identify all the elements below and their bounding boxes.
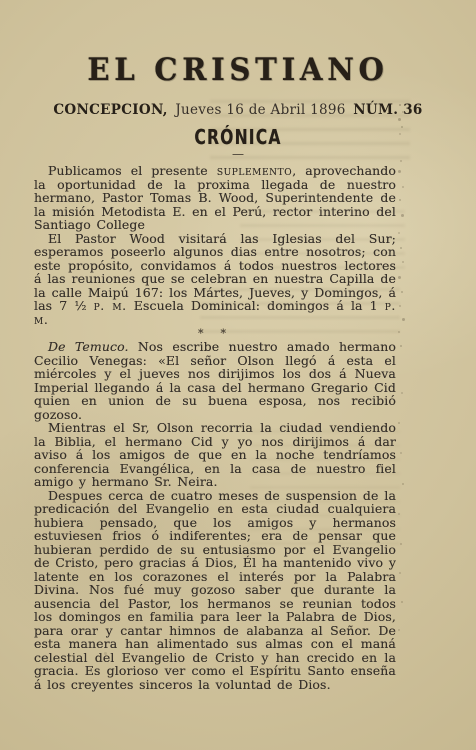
text-run: p. m. bbox=[94, 298, 127, 313]
ink-speck bbox=[398, 422, 400, 424]
ink-speck bbox=[402, 261, 404, 263]
ink-speck bbox=[398, 331, 400, 333]
ink-speck bbox=[398, 513, 400, 515]
ink-speck bbox=[400, 345, 402, 347]
ink-speck bbox=[401, 392, 403, 394]
ink-speck bbox=[401, 214, 404, 217]
section-separator: * * bbox=[34, 329, 396, 338]
ink-speck bbox=[401, 601, 403, 603]
dateline-city: CONCEPCION, bbox=[53, 102, 167, 118]
ink-speck bbox=[399, 199, 401, 201]
newspaper-page: EL CRISTIANO CONCEPCION, Jueves 16 de Ab… bbox=[0, 0, 476, 750]
ink-speck bbox=[402, 483, 404, 485]
paragraph: El Pastor Wood visitará las Iglesias del… bbox=[34, 232, 396, 327]
ink-speck bbox=[400, 247, 402, 249]
text-run: Despues cerca de cuatro meses de suspens… bbox=[34, 488, 396, 692]
ink-speck bbox=[399, 305, 401, 307]
ink-speck bbox=[398, 232, 400, 234]
dateline: CONCEPCION, Jueves 16 de Abril 1896 NÚM.… bbox=[0, 102, 476, 119]
dateline-number: NÚM. 36 bbox=[353, 102, 422, 118]
ink-speck bbox=[398, 276, 401, 279]
ink-speck bbox=[399, 572, 401, 574]
masthead-title: EL CRISTIANO bbox=[14, 50, 461, 90]
section-ornament: — bbox=[0, 150, 476, 159]
article-body: Publicamos el presente suplemento, aprov… bbox=[34, 164, 396, 691]
text-run: Escuela Dominical: domingos á la 1 bbox=[127, 298, 385, 313]
ink-speck bbox=[398, 170, 401, 173]
ink-speck bbox=[400, 543, 402, 545]
paragraph: Mientras el Sr, Olson recorria la ciudad… bbox=[34, 421, 396, 489]
ink-speck bbox=[400, 452, 402, 454]
ink-speck bbox=[400, 160, 402, 162]
text-run: Mientras el Sr, Olson recorria la ciudad… bbox=[34, 420, 396, 489]
section-title: CRÓNICA bbox=[52, 126, 423, 149]
ink-speck bbox=[398, 629, 400, 631]
paragraph: Publicamos el presente suplemento, aprov… bbox=[34, 164, 396, 232]
page-header: EL CRISTIANO CONCEPCION, Jueves 16 de Ab… bbox=[0, 50, 476, 159]
paragraph: De Temuco. Nos escribe nuestro amado her… bbox=[34, 340, 396, 421]
ink-speck bbox=[402, 318, 405, 321]
ink-speck bbox=[401, 291, 403, 293]
paragraph: Despues cerca de cuatro meses de suspens… bbox=[34, 489, 396, 692]
ink-speck bbox=[402, 186, 404, 188]
dateline-date: Jueves 16 de Abril 1896 bbox=[172, 102, 348, 118]
